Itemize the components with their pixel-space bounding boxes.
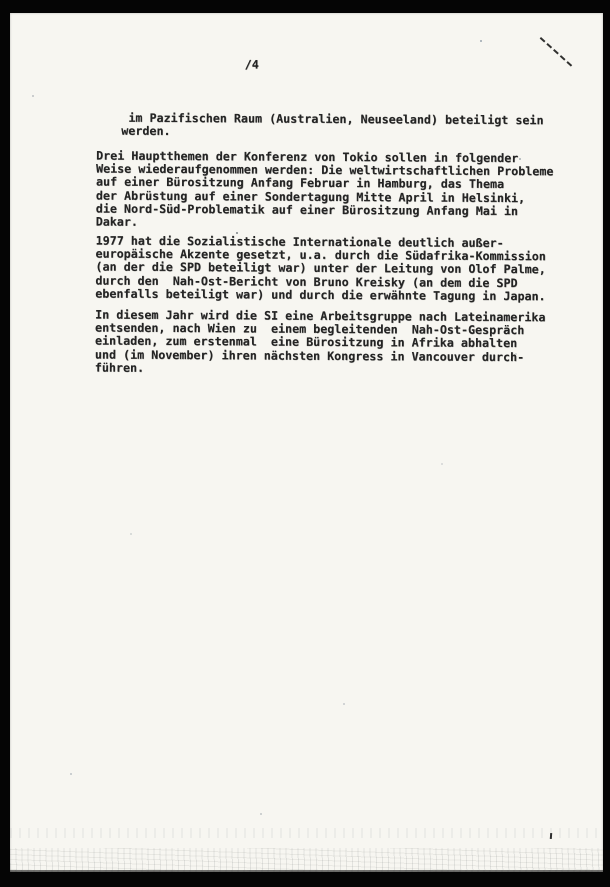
paragraph-current-year-plans: In diesem Jahr wird die SI eine Arbeitsg… [95, 309, 546, 378]
scanner-speckle-noise [10, 13, 12, 15]
paragraph-continuation: im Pazifischen Raum (Australien, Neuseel… [121, 112, 543, 141]
bottom-edge-scan-noise [10, 848, 603, 872]
document-page: /4 im Pazifischen Raum (Australien, Neus… [10, 13, 603, 872]
scan-noise-band [10, 828, 603, 838]
paragraph-1977-activities: 1977 hat die Sozialistische Internationa… [95, 235, 546, 304]
page-number: /4 [245, 58, 259, 71]
paragraph-tokio-conference-themes: Drei Hauptthemen der Konferenz von Tokio… [96, 150, 554, 232]
scanned-document-background: /4 im Pazifischen Raum (Australien, Neus… [0, 0, 610, 887]
typewritten-text-layer: /4 im Pazifischen Raum (Australien, Neus… [5, 13, 603, 876]
